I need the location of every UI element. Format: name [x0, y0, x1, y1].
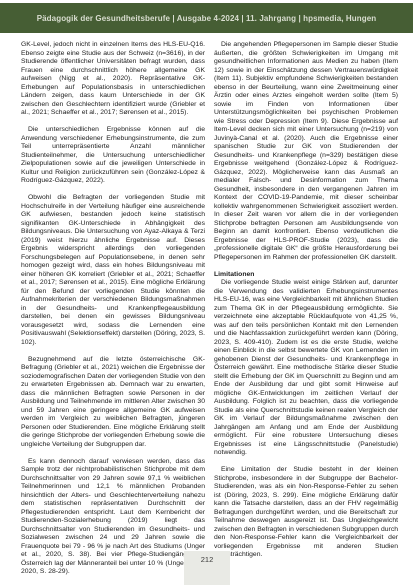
- paragraph: Die vorliegende Studie weist einige Stär…: [214, 279, 398, 458]
- page-header-bar: Pädagogik der Gesundheitsberufe | Ausgab…: [0, 3, 413, 33]
- page-number-band: 212: [184, 551, 230, 585]
- right-column: Die angehenden Pflegepersonen im Sample …: [214, 41, 398, 549]
- paragraph: Obwohl die Befragten der vorliegenden St…: [21, 194, 205, 347]
- page-number: 212: [201, 555, 214, 564]
- paragraph: GK-Level, jedoch nicht in einzelnen Item…: [21, 41, 205, 118]
- paragraph: Die angehenden Pflegepersonen im Sample …: [214, 41, 398, 262]
- document-page: Pädagogik der Gesundheitsberufe | Ausgab…: [0, 0, 413, 585]
- paragraph: Bezugnehmend auf die letzte österreichis…: [21, 356, 205, 450]
- header-text: Pädagogik der Gesundheitsberufe | Ausgab…: [37, 14, 377, 23]
- article-body: GK-Level, jedoch nicht in einzelnen Item…: [21, 41, 397, 549]
- paragraph: Eine Limitation der Studie besteht in de…: [214, 466, 398, 560]
- paragraph: Es kann dennoch darauf verwiesen werden,…: [21, 458, 205, 577]
- paragraph: Die unterschiedlichen Ergebnisse können …: [21, 126, 205, 186]
- left-column: GK-Level, jedoch nicht in einzelnen Item…: [21, 41, 205, 549]
- section-heading-limitationen: Limitationen: [214, 271, 398, 280]
